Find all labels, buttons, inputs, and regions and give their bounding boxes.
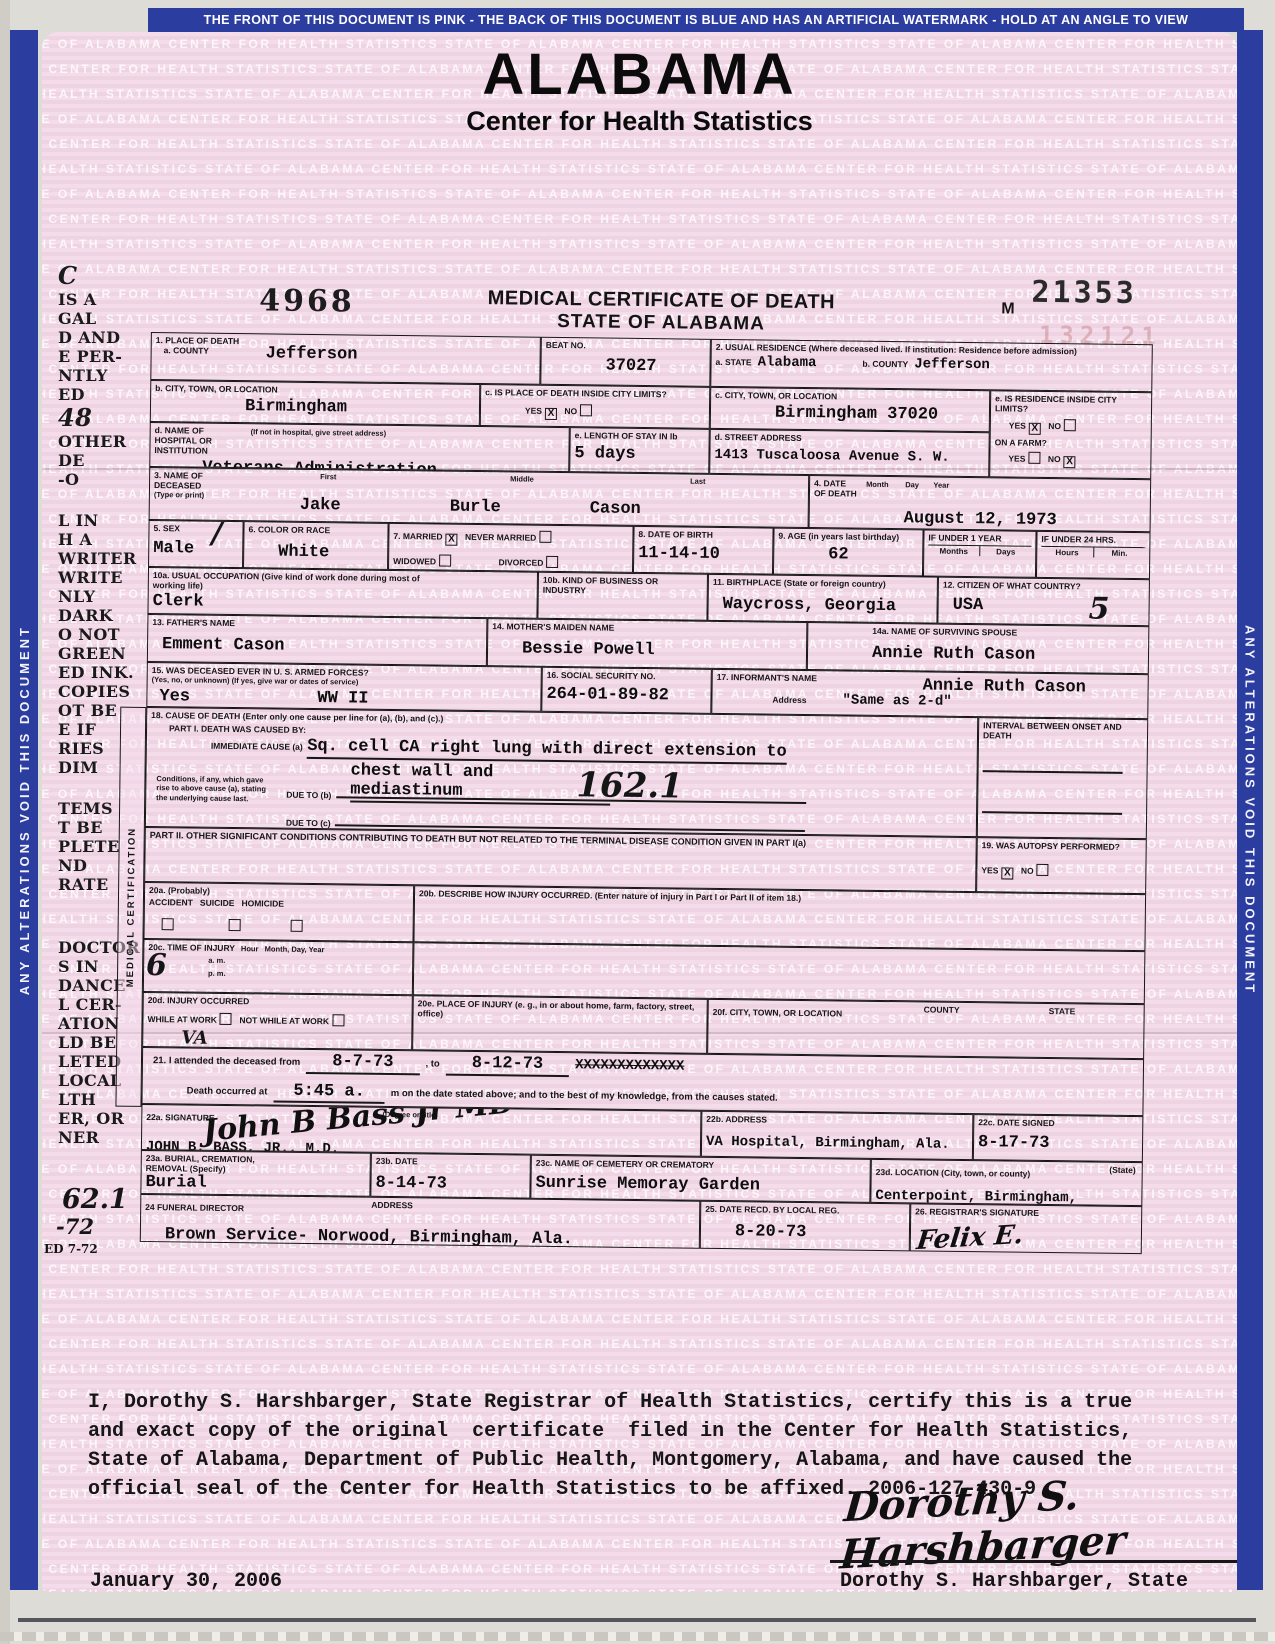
checkbox-autopsy-no [1037,864,1049,876]
field-funeral-director: 24 FUNERAL DIRECTOR ADDRESS Brown Servic… [140,1194,701,1249]
field-cemetery-name: 23c. NAME OF CEMETERY OR CREMATORY Sunri… [530,1155,871,1203]
certificate-subtitle: STATE OF ALABAMA [481,310,841,336]
field-cemetery-location: 23d. LOCATION (City, town, or county) (S… [870,1159,1143,1206]
field-cause-of-death: 18. CAUSE OF DEATH (Enter only one cause… [145,707,978,837]
checkbox-homicide [290,920,302,932]
field-color-or-race: 6. COLOR OR RACE White [243,521,389,570]
checkbox-not-at-work [332,1014,344,1026]
left-security-bar-text: ANY ALTERATIONS VOID THIS DOCUMENT [17,625,32,995]
field-death-city-limits: c. IS PLACE OF DEATH INSIDE CITY LIMITS?… [480,384,710,429]
field-hospital: d. NAME OF HOSPITAL OR INSTITUTION (If n… [149,422,570,472]
state-registrar-name: Dorothy S. Harshbarger, State Registrar [840,1570,1237,1592]
checkbox-accident [162,919,174,931]
checkbox-autopsy-yes: X [1001,868,1013,880]
registrar-signature-script: Felix E. Hartley [911,1213,1140,1254]
scan-edge [0,0,10,1644]
handwritten-slash: / [211,520,222,551]
field-birthplace: 11. BIRTHPLACE (State or foreign country… [707,574,938,624]
certificate-document: STATE OF ALABAMA CENTER FOR HEALTH STATI… [42,32,1237,1592]
type-letter-m: M [1001,300,1015,318]
field-armed-forces: 15. WAS DECEASED EVER IN U. S. ARMED FOR… [146,662,542,712]
field-place-of-death: 1. PLACE OF DEATH a. COUNTY Jefferson [150,332,541,385]
field-residence-city-limits: e. IS RESIDENCE INSIDE CITY LIMITS? YESX… [989,390,1152,479]
field-accident-suicide-homicide: 20a. (Probably) ACCIDENT SUICIDE HOMICID… [143,882,414,942]
field-interval-onset-death: INTERVAL BETWEEN ONSET AND DEATH [977,717,1148,839]
field-city-of-death: b. CITY, TOWN, OR LOCATION Birmingham [150,380,480,426]
field-date-of-death: 4. DATE OF DEATH Month Day Year August 1… [809,475,1152,532]
handwritten-62-1: 62.1 [62,1184,128,1215]
certificate-title: MEDICAL CERTIFICATE OF DEATH [401,285,921,315]
checkbox-death-city-limits-no [580,404,592,416]
field-if-under-1-year: IF UNDER 1 YEAR MonthsDays [923,529,1037,577]
checkbox-widowed [439,555,451,567]
masthead-title: ALABAMA [42,46,1237,104]
field-burial-date: 23b. DATE 8-14-73 [370,1153,531,1199]
checkbox-married: X [445,534,457,546]
field-time-of-injury-blank [413,942,1146,1004]
field-part2-conditions: PART II. OTHER SIGNIFICANT CONDITIONS CO… [144,827,977,892]
field-injury-at-work: 20d. INJURY OCCURRED WHILE AT WORK NOT W… [142,992,413,1050]
field-time-of-injury: 20c. TIME OF INJURY Hour Month, Day, Yea… [143,939,414,995]
perforation-edge [0,1632,1275,1641]
field-usual-residence: 2. USUAL RESIDENCE (Where deceased lived… [710,339,1153,392]
field-if-under-24-hrs: IF UNDER 24 HRS. HoursMin. [1036,531,1151,579]
handwritten-icd-code: 162.1 [576,765,683,806]
checkbox-farm-yes [1028,451,1040,463]
checkbox-residence-city-limits-no [1064,420,1076,432]
field-physician-address: 22b. ADDRESS VA Hospital, Birmingham, Al… [701,1111,974,1160]
field-informant: 17. INFORMANT'S NAME Annie Ruth Cason Ad… [711,669,1149,719]
field-how-injury-occurred: 20b. DESCRIBE HOW INJURY OCCURRED. (Ente… [413,885,1146,951]
top-banner-text: THE FRONT OF THIS DOCUMENT IS PINK - THE… [204,13,1189,27]
scanned-death-certificate-page: { "banner": {"text": "THE FRONT OF THIS … [0,0,1275,1644]
stamp-number: 4968 [259,283,355,319]
field-length-of-stay: e. LENGTH OF STAY IN lb 5 days [569,427,710,474]
field-occupation: 10a. USUAL OCCUPATION (Give kind of work… [147,567,538,619]
right-security-bar: ANY ALTERATIONS VOID THIS DOCUMENT [1237,30,1263,1590]
field-beat-no: BEAT NO. 37027 [540,337,711,387]
checkbox-residence-city-limits-yes: X [1029,423,1041,435]
left-security-bar: ANY ALTERATIONS VOID THIS DOCUMENT [10,30,38,1590]
field-injury-location: 20f. CITY, TOWN, OR LOCATION COUNTY STAT… [707,999,1145,1059]
field-burial-type: 23a. BURIAL, CREMATION, REMOVAL (Specify… [140,1150,371,1197]
field-date-of-birth: 8. DATE OF BIRTH 11-14-10 [633,526,774,575]
checkbox-divorced [546,556,558,568]
field-registrar-signature: 26. REGISTRAR'S SIGNATURE Felix E. Hartl… [910,1203,1143,1254]
checkbox-farm-no: X [1064,456,1076,468]
handwritten-va: VA [181,1027,208,1048]
field-social-security: 16. SOCIAL SECURITY NO. 264-01-89-82 [541,667,712,714]
field-mother-maiden-name: 14. MOTHER'S MAIDEN NAME Bessie Powell [487,618,808,670]
bottom-scan-line [18,1618,1256,1622]
serial-number: 21353 [1031,275,1137,311]
certificate-body: 4968 MEDICAL CERTIFICATE OF DEATH STATE … [140,242,1154,1264]
field-street-address: d. STREET ADDRESS 1413 Tuscaloosa Avenue… [709,429,990,477]
field-date-received: 25. DATE RECD. BY LOCAL REG. 8-20-73 [700,1201,911,1252]
field-name-of-deceased: 3. NAME OF DECEASED First Middle Last (T… [149,467,810,528]
field-age: 9. AGE (in years last birthday) 62 [773,528,924,577]
right-security-bar-text: ANY ALTERATIONS VOID THIS DOCUMENT [1243,625,1258,995]
field-kind-of-business: 10b. KIND OF BUSINESS OR INDUSTRY [537,572,708,621]
field-date-signed: 22c. DATE SIGNED 8-17-73 [973,1114,1144,1162]
handwritten-5: 5 [1088,591,1109,626]
certification-date: January 30, 2006 [90,1570,282,1592]
field-residence-city: c. CITY, TOWN, OR LOCATION Birmingham 37… [710,387,990,432]
field-place-of-injury: 20e. PLACE OF INJURY (e. g., in or about… [412,995,708,1054]
field-father-name: 13. FATHER'S NAME Emment Cason [147,614,488,666]
certificate-form: MEDICAL CERTIFICATION 1. PLACE OF DEATH … [140,332,1153,1254]
checkbox-never-married [539,531,551,543]
checkbox-death-city-limits-yes: X [545,408,557,420]
field-citizen: 12. CITIZEN OF WHAT COUNTRY? USA 5 [937,577,1150,627]
checkbox-suicide [229,919,241,931]
checkbox-while-at-work [220,1013,232,1025]
form-edition-code: ED 7-72 [44,1242,98,1256]
masthead-subtitle: Center for Health Statistics [42,108,1237,135]
crossed-out-text: XXXXXXXXXXXXX [575,1057,684,1074]
signature-line [830,1560,1237,1563]
handwritten-72: -72 [56,1214,94,1239]
field-surviving-spouse: 14a. NAME OF SURVIVING SPOUSE Annie Ruth… [807,622,1150,674]
field-physician-signature: 22a. SIGNATURE (Degree or title) JOHN B.… [141,1104,702,1157]
field-marital-status: 7. MARRIEDX NEVER MARRIED WIDOWED DIVORC… [388,523,634,573]
field-autopsy: 19. WAS AUTOPSY PERFORMED? YESX NO [976,837,1147,894]
top-banner: THE FRONT OF THIS DOCUMENT IS PINK - THE… [148,8,1244,32]
field-sex: 5. SEX Male / [148,520,244,568]
